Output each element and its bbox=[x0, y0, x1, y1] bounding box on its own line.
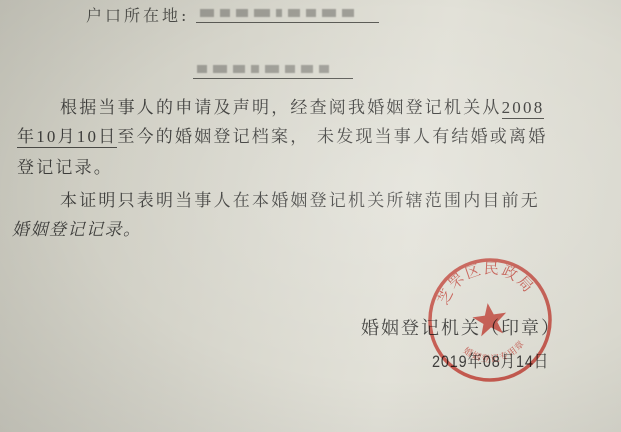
start-year: 2008 bbox=[502, 98, 545, 119]
seal-text-bottom: 婚姻登记专用章 bbox=[460, 336, 529, 369]
official-seal: 芝罘区民政局 婚姻登记专用章 bbox=[417, 247, 564, 394]
name-value-redacted bbox=[193, 62, 353, 79]
hukou-value-redacted bbox=[196, 6, 379, 23]
paragraph1-line2-text: 至今的婚姻登记档案， 未发现当事人有结婚或离婚 bbox=[117, 127, 547, 147]
seal-icon: 芝罘区民政局 婚姻登记专用章 bbox=[417, 247, 564, 394]
hukou-label: 户口所在地: bbox=[86, 3, 189, 26]
paragraph1-line1: 根据当事人的申请及声明，经查阅我婚姻登记机关从2008 bbox=[60, 93, 544, 118]
certificate-page: 户口所在地: 根据当事人的申请及声明，经查阅我婚姻登记机关从2008 年10月1… bbox=[0, 0, 621, 432]
paragraph1-line1-text: 根据当事人的申请及声明，经查阅我婚姻登记机关从 bbox=[60, 98, 502, 118]
star-icon bbox=[471, 301, 509, 337]
start-date: 年10月10日 bbox=[17, 127, 117, 148]
paragraph1-line2: 年10月10日至今的婚姻登记档案， 未发现当事人有结婚或离婚 bbox=[17, 122, 547, 147]
paragraph1-line3: 登记记录。 bbox=[17, 153, 113, 178]
svg-text:婚姻登记专用章: 婚姻登记专用章 bbox=[460, 336, 529, 369]
paragraph2-line2: 婚姻登记记录。 bbox=[12, 215, 142, 240]
paragraph2-line1: 本证明只表明当事人在本婚姻登记机关所辖范围内目前无 bbox=[60, 186, 540, 211]
